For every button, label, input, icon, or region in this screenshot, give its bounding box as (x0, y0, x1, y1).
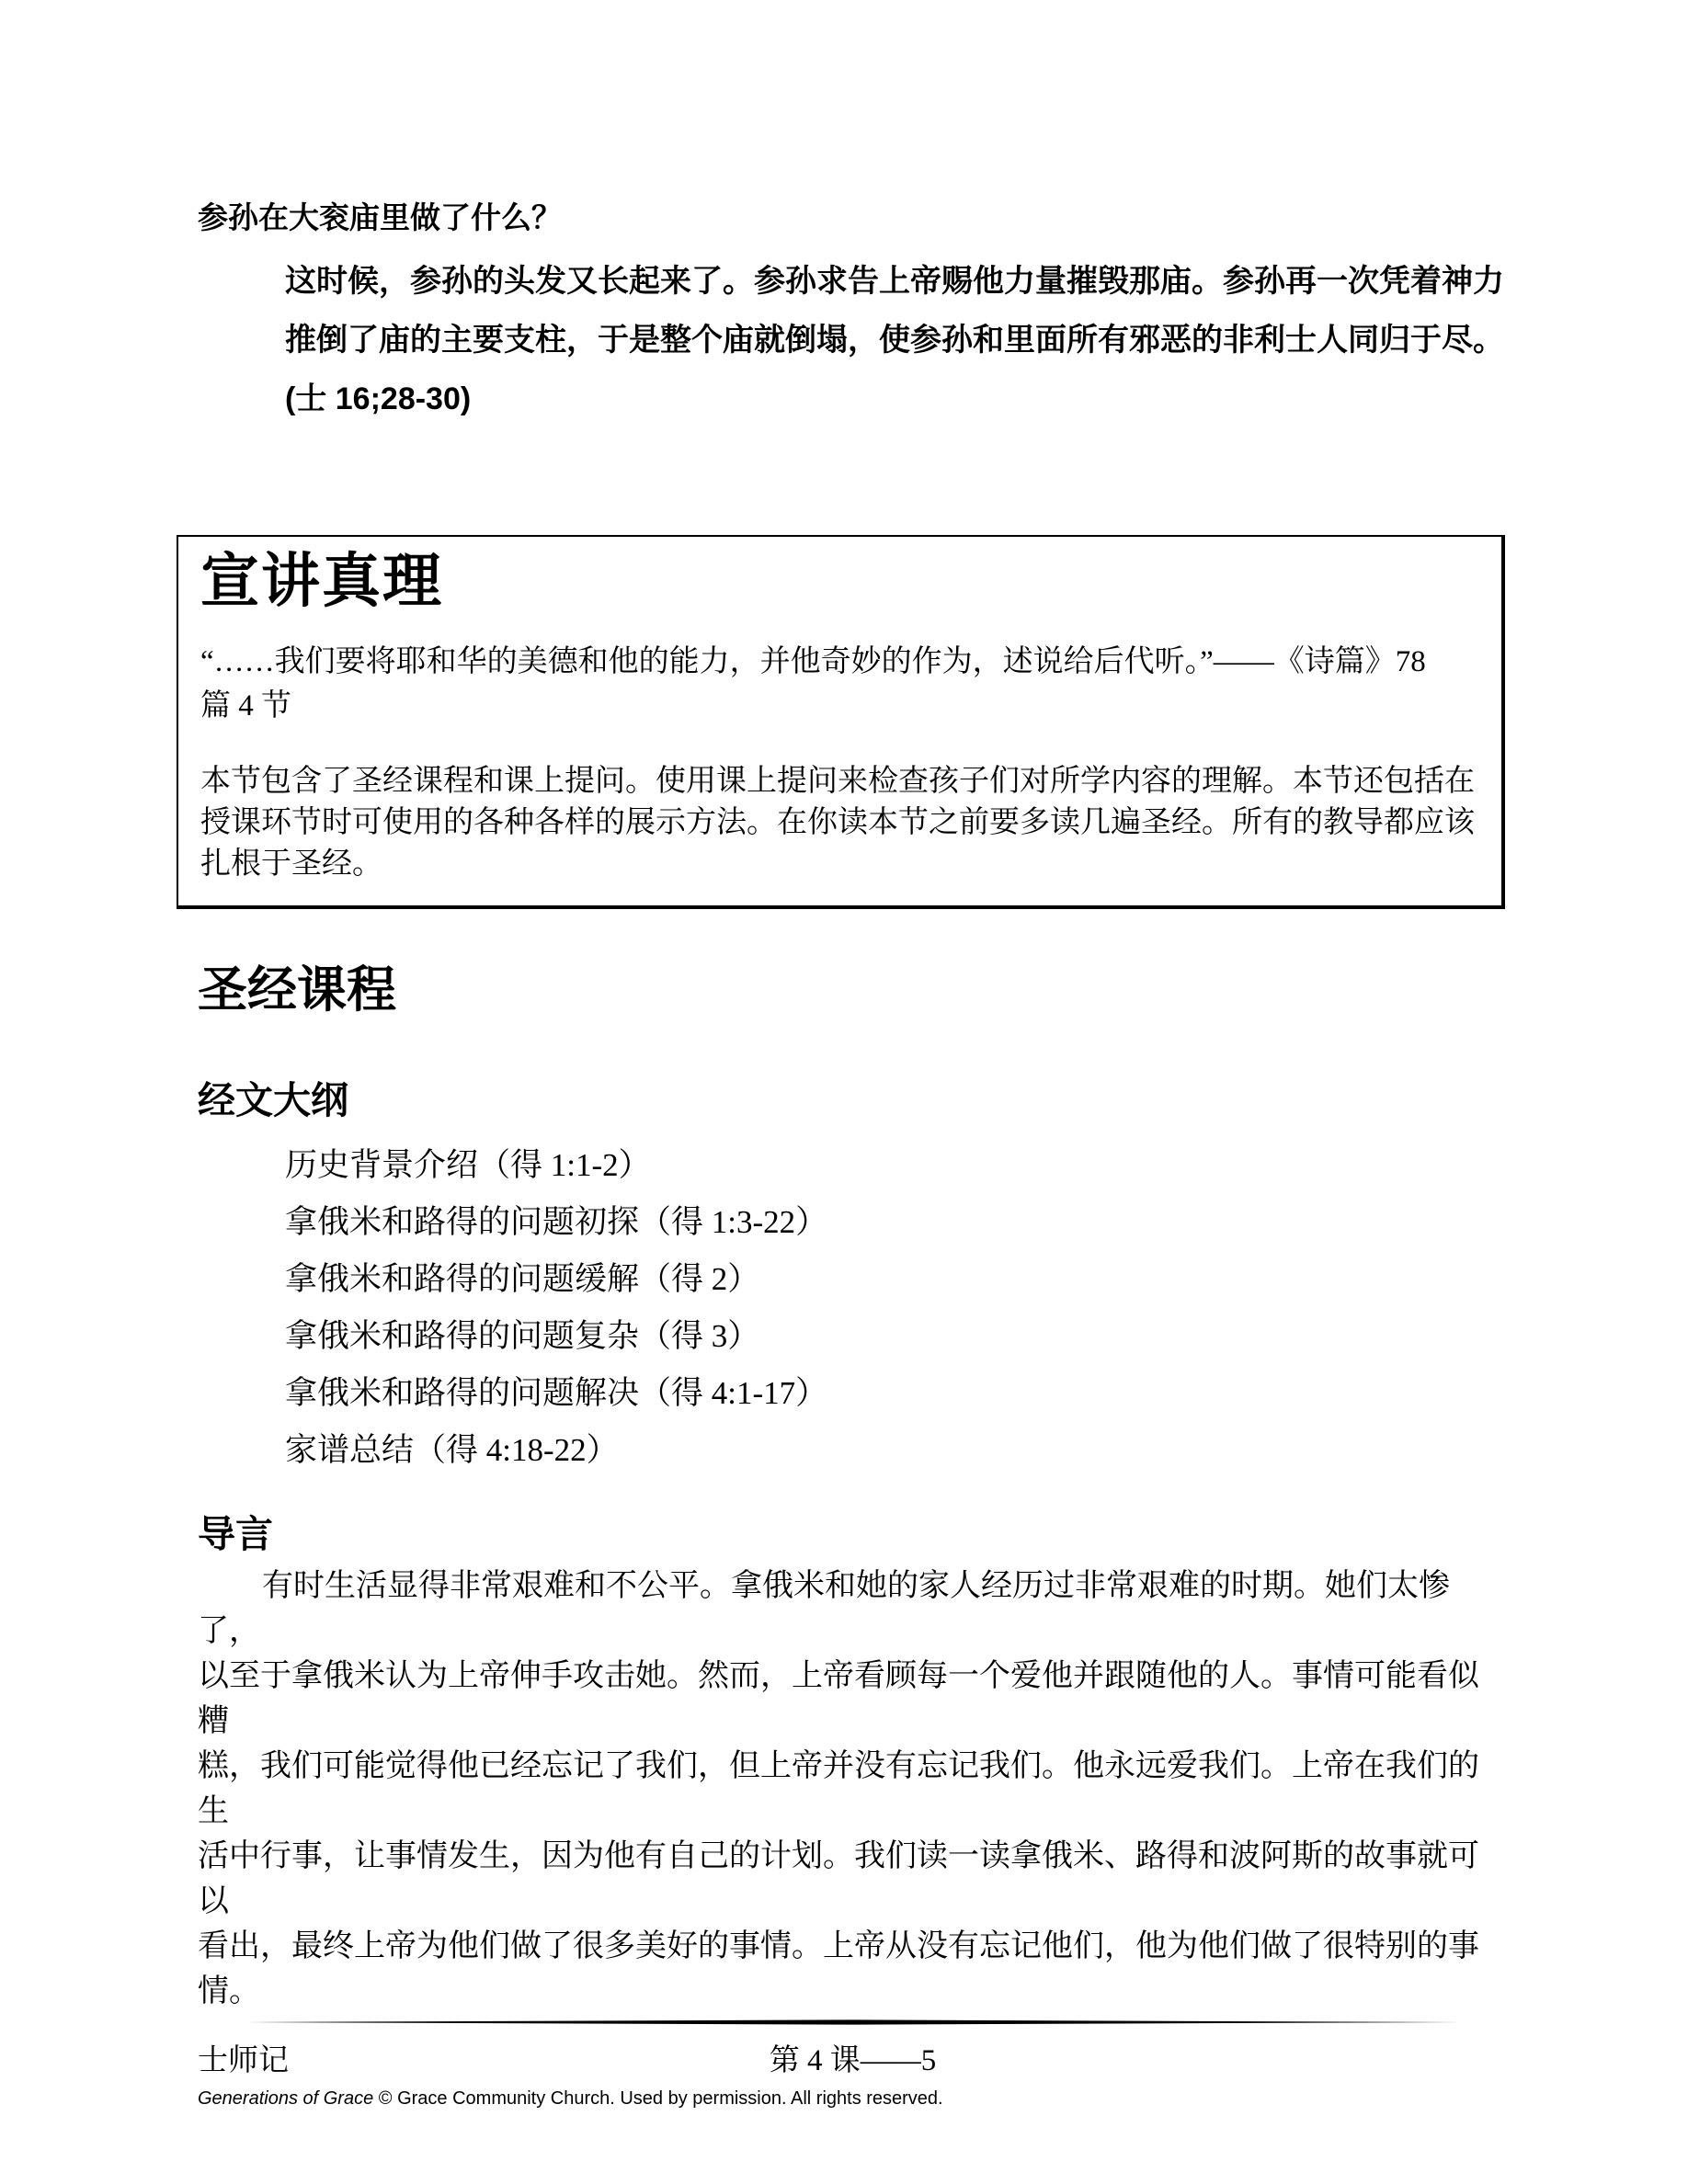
footer-copyright: Generations of Grace © Grace Community C… (198, 2087, 1508, 2110)
qa-question-heading: 参孙在大衮庙里做了什么？ (198, 200, 1508, 237)
outline-list: 历史背景介绍（得 1:1-2） 拿俄米和路得的问题初探（得 1:3-22） 拿俄… (285, 1137, 1508, 1479)
page-content: 参孙在大衮庙里做了什么？ 这时候，参孙的头发又长起来了。参孙求告上帝赐他力量摧毁… (0, 200, 1688, 2014)
outline-item: 拿俄米和路得的问题初探（得 1:3-22） (285, 1194, 1508, 1251)
outline-item: 拿俄米和路得的问题复杂（得 3） (285, 1308, 1508, 1365)
outline-item: 家谱总结（得 4:18-22） (285, 1422, 1508, 1479)
intro-heading: 导言 (198, 1512, 1508, 1556)
copyright-text: © Grace Community Church. Used by permis… (373, 2088, 942, 2109)
footer-divider (198, 2013, 1508, 2030)
outline-item: 历史背景介绍（得 1:1-2） (285, 1137, 1508, 1194)
qa-answer-paragraph: 这时候，参孙的头发又长起来了。参孙求告上帝赐他力量摧毁那庙。参孙再一次凭着神力 … (285, 252, 1508, 428)
truth-box-body: 本节包含了圣经课程和课上提问。使用课上提问来检查孩子们对所学内容的理解。本节还包… (200, 761, 1479, 885)
outline-heading: 经文大纲 (198, 1078, 1508, 1122)
document-page: 参孙在大衮庙里做了什么？ 这时候，参孙的头发又长起来了。参孙求告上帝赐他力量摧毁… (0, 0, 1688, 2184)
intro-paragraph: 有时生活显得非常艰难和不公平。拿俄米和她的家人经历过非常艰难的时期。她们太惨了，… (198, 1564, 1508, 2014)
qa-section: 参孙在大衮庙里做了什么？ 这时候，参孙的头发又长起来了。参孙求告上帝赐他力量摧毁… (198, 200, 1508, 428)
outline-item: 拿俄米和路得的问题缓解（得 2） (285, 1251, 1508, 1308)
footer-page-label: 第 4 课——5 (198, 2041, 1508, 2081)
outline-item: 拿俄米和路得的问题解决（得 4:1-17） (285, 1365, 1508, 1422)
lesson-heading: 圣经课程 (198, 962, 1508, 1018)
copyright-source-italic: Generations of Grace (198, 2088, 373, 2109)
truth-box: 宣讲真理 “……我们要将耶和华的美德和他的能力，并他奇妙的作为，述说给后代听。”… (177, 535, 1505, 909)
footer-row: 士师记 第 4 课——5 (198, 2041, 1508, 2081)
footer: 士师记 第 4 课——5 Generations of Grace © Grac… (198, 2013, 1508, 2110)
truth-box-quote: “……我们要将耶和华的美德和他的能力，并他奇妙的作为，述说给后代听。”——《诗篇… (200, 640, 1479, 728)
truth-box-title: 宣讲真理 (200, 546, 1479, 618)
